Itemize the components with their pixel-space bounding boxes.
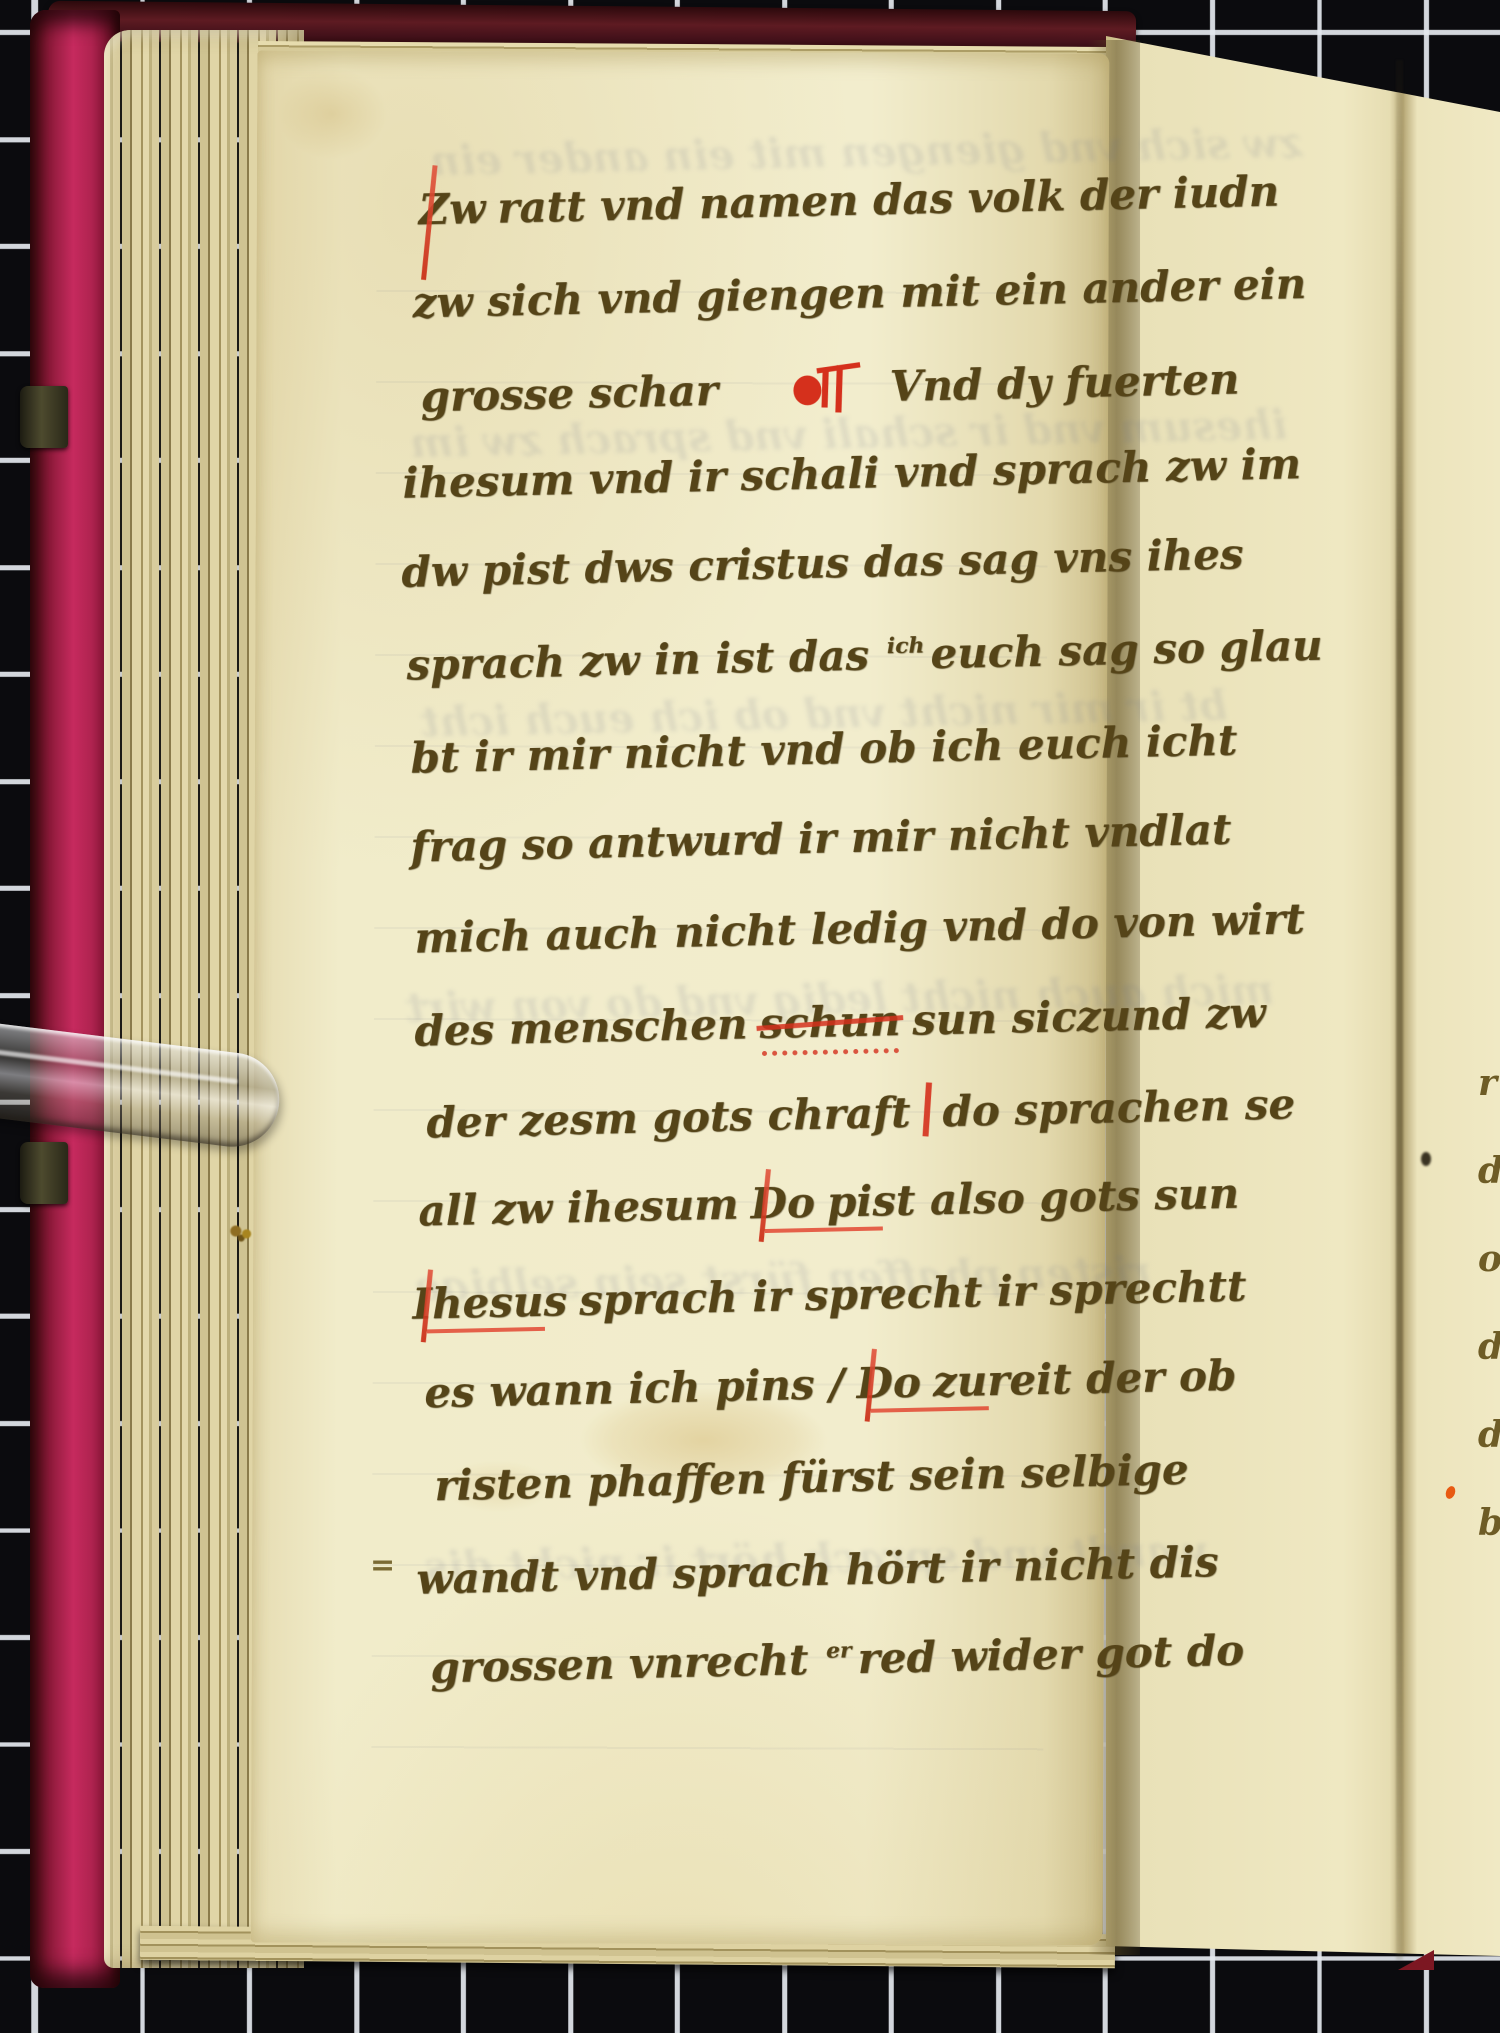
dark-speck [1421, 1152, 1431, 1166]
rubricated-initial: Ihesus [412, 1276, 568, 1328]
clasp-remnant-top [20, 386, 68, 448]
text-line: Zwratt vnd namen das volk der iudn [418, 170, 1120, 276]
line-text: euch sag so glau [930, 621, 1323, 679]
text-line: sprach zw in ist dasicheuch sag so glau [406, 625, 1130, 732]
line-text: sun siczund zw [912, 988, 1266, 1045]
rubricated-initial: Do [856, 1358, 921, 1408]
edge-glyph: d [1478, 1150, 1500, 1238]
manuscript-photo: r d o d d b zw sich vnd giengen mit ein … [0, 0, 1500, 2033]
text-line: bt ir mir nicht vnd ob ich euch icht [410, 718, 1132, 825]
text-line: frag so antwurd ir mir nicht vndlat [410, 807, 1134, 914]
text-line: der zesm gots chraftdo sprachen se [426, 1078, 1140, 1185]
text-line: dw pist dws cristus das sag vns ihes [401, 532, 1128, 639]
interlinear-insertion: ich [887, 632, 925, 659]
line-text: zureit der ob [932, 1351, 1236, 1407]
edge-glyph: o [1478, 1238, 1500, 1326]
line-text: Vnd dy fuerten [889, 354, 1240, 411]
line-text: grossen vnrecht [430, 1635, 809, 1692]
interlinear-insertion: er [826, 1637, 852, 1664]
text-line: zw sich vnd giengen mit ein ander ein [412, 263, 1122, 369]
text-line: mich auch nicht ledig vnd do von wirt [414, 898, 1136, 1005]
edge-glyph: d [1478, 1326, 1500, 1414]
text-block: Zwratt vnd namen das volk der iudn zw si… [388, 170, 1152, 1733]
line-text: do sprachen se [942, 1079, 1296, 1136]
line-text: sprach zw in ist das [406, 631, 870, 690]
rubricated-initial: Zw [418, 184, 486, 234]
text-line: all zw ihesumDopist also gots sun [418, 1171, 1142, 1278]
pilcrow-icon [787, 358, 868, 416]
edge-glyph: r [1478, 1062, 1500, 1150]
text-line: grosse scharVnd dy fuerten [420, 352, 1124, 458]
facing-page-partial-text: r d o d d b [1468, 1062, 1500, 1602]
line-text: red wider got do [857, 1626, 1245, 1683]
rubricated-initial: Do [750, 1178, 815, 1228]
gold-fleck-stain [223, 1218, 259, 1246]
line-text: grosse schar [420, 366, 718, 421]
edge-glyph: d [1478, 1414, 1500, 1502]
clasp-remnant-bottom [20, 1142, 68, 1204]
text-line: risten phaffen fürst sein selbige [434, 1446, 1148, 1553]
margin-mark: = [370, 1548, 395, 1583]
facing-page-crease [1396, 60, 1403, 1960]
line-text: des menschen [414, 999, 748, 1055]
edge-glyph: b [1478, 1502, 1500, 1590]
struck-word: schun [759, 996, 901, 1048]
line-text: all zw ihesum [418, 1180, 739, 1236]
rubric-divider [923, 1082, 933, 1136]
text-line: es wann ich pins /Dozureit der ob [424, 1353, 1146, 1460]
line-text: der zesm gots chraft [426, 1088, 911, 1148]
line-text: pist also gots sun [826, 1169, 1239, 1227]
text-line: Ihesussprach ir sprecht ir sprechtt [412, 1264, 1144, 1371]
text-line: grossen vnrechterred wider got do [430, 1628, 1152, 1735]
